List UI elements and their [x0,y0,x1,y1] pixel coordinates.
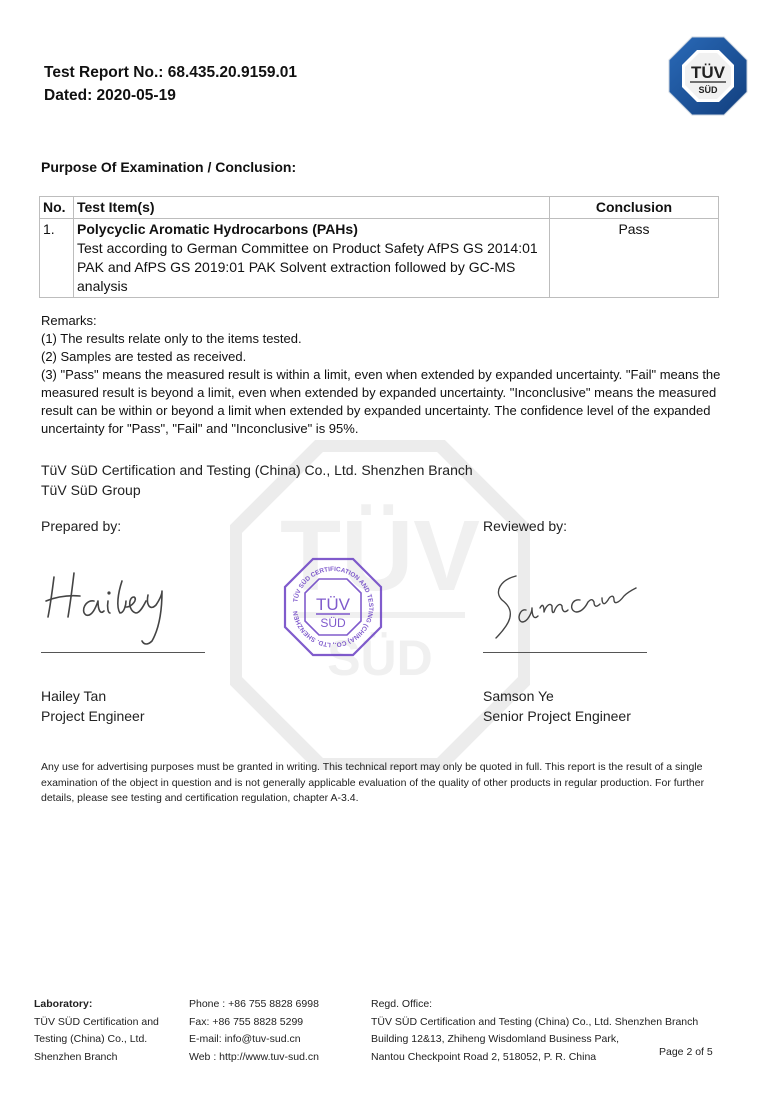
test-item-title: Polycyclic Aromatic Hydrocarbons (PAHs) [77,220,546,239]
table-header-row: No. Test Item(s) Conclusion [40,197,719,219]
header-test-items: Test Item(s) [74,197,550,219]
email-link[interactable]: E-mail: info@tuv-sud.cn [189,1031,319,1049]
phone: Phone : +86 755 8828 6998 [189,996,319,1014]
company-name: TüV SüD Certification and Testing (China… [41,461,473,481]
tuv-sud-logo-icon: TÜV SÜD [668,36,748,116]
results-table: No. Test Item(s) Conclusion 1. Polycycli… [39,196,719,298]
conclusion-value: Pass [550,219,719,298]
report-date: Dated: 2020-05-19 [44,87,176,105]
preparer-title: Project Engineer [41,707,145,727]
svg-text:SÜD: SÜD [698,85,718,95]
prepared-by-label: Prepared by: [41,518,121,534]
reviewer-info: Samson Ye Senior Project Engineer [483,687,631,726]
reviewed-by-label: Reviewed by: [483,518,567,534]
website-link[interactable]: Web : http://www.tuv-sud.cn [189,1049,319,1067]
header-conclusion: Conclusion [550,197,719,219]
office-line: Nantou Checkpoint Road 2, 518052, P. R. … [371,1049,698,1067]
disclaimer: Any use for advertising purposes must be… [41,760,731,807]
footer-laboratory: Laboratory: TÜV SÜD Certification and Te… [34,996,159,1066]
remark-item: (2) Samples are tested as received. [41,348,731,366]
remark-item: (3) "Pass" means the measured result is … [41,366,731,438]
remarks-title: Remarks: [41,312,731,330]
preparer-signature-line [41,652,205,653]
office-label: Regd. Office: [371,996,698,1014]
table-row: 1. Polycyclic Aromatic Hydrocarbons (PAH… [40,219,719,298]
row-number: 1. [40,219,74,298]
reviewer-title: Senior Project Engineer [483,707,631,727]
preparer-name: Hailey Tan [41,687,145,707]
svg-text:TÜV: TÜV [316,595,351,614]
svg-text:SÜD: SÜD [320,616,346,630]
reviewer-name: Samson Ye [483,687,631,707]
laboratory-label: Laboratory: [34,996,159,1014]
company-group: TüV SüD Group [41,481,473,501]
office-line: Building 12&13, Zhiheng Wisdomland Busin… [371,1031,698,1049]
company-stamp-icon: TÜV SÜD CERTIFICATION AND TESTING (CHINA… [283,557,383,657]
reviewer-signature-icon [490,570,640,645]
company-info: TüV SüD Certification and Testing (China… [41,461,473,500]
laboratory-line: TÜV SÜD Certification and [34,1014,159,1032]
laboratory-line: Shenzhen Branch [34,1049,159,1067]
footer-contact: Phone : +86 755 8828 6998 Fax: +86 755 8… [189,996,319,1066]
report-number: Test Report No.: 68.435.20.9159.01 [44,64,297,82]
office-line: TÜV SÜD Certification and Testing (China… [371,1014,698,1032]
laboratory-line: Testing (China) Co., Ltd. [34,1031,159,1049]
header-no: No. [40,197,74,219]
reviewer-signature-line [483,652,647,653]
page-number: Page 2 of 5 [659,1044,713,1062]
test-item-description: Test according to German Committee on Pr… [77,239,546,296]
section-title: Purpose Of Examination / Conclusion: [41,159,296,175]
remark-item: (1) The results relate only to the items… [41,330,731,348]
test-item-cell: Polycyclic Aromatic Hydrocarbons (PAHs) … [74,219,550,298]
preparer-signature-icon [40,565,180,650]
fax: Fax: +86 755 8828 5299 [189,1014,319,1032]
footer-registered-office: Regd. Office: TÜV SÜD Certification and … [371,996,698,1066]
remarks: Remarks: (1) The results relate only to … [41,312,731,438]
svg-text:TÜV: TÜV [691,63,726,82]
preparer-info: Hailey Tan Project Engineer [41,687,145,726]
